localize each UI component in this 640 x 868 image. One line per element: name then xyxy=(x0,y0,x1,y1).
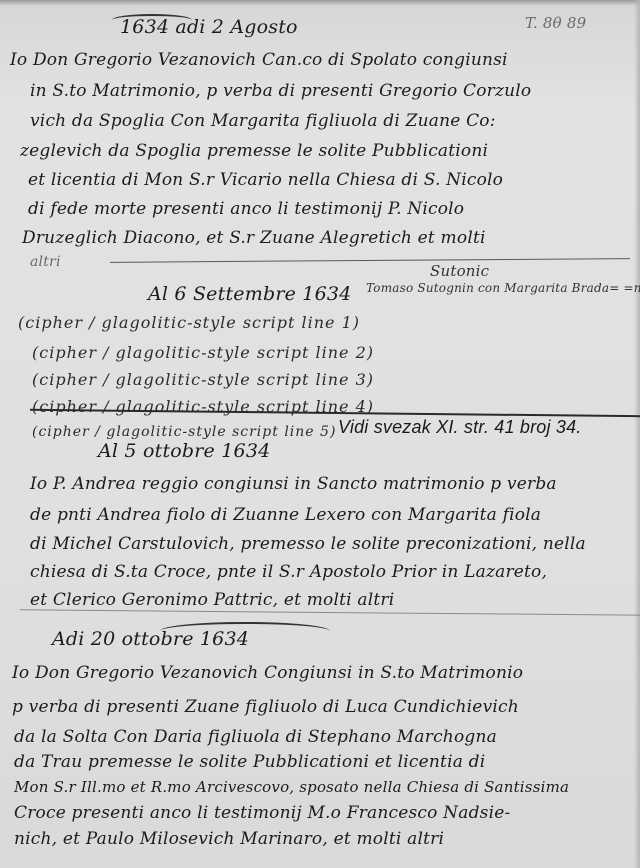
entry-1-line-6: di fede morte presenti anco li testimoni… xyxy=(28,199,464,219)
entry-1-date: 1634 adi 2 Agosto xyxy=(120,16,298,38)
entry-3-line-1: Io P. Andrea reggio congiunsi in Sancto … xyxy=(30,474,557,494)
archival-annotation: Vidi svezak XI. str. 41 broj 34. xyxy=(338,417,582,438)
entry-4-line-4: da Trau premesse le solite Pubblicationi… xyxy=(14,752,485,772)
entry-4-line-1: Io Don Gregorio Vezanovich Congiunsi in … xyxy=(12,663,523,683)
entry-4-line-2: p verba di presenti Zuane figliuolo di L… xyxy=(12,697,519,717)
manuscript-page: T. 8θ 89 1634 adi 2 Agosto Io Don Gregor… xyxy=(0,0,640,868)
margin-note: Tomaso Sutognin con Margarita Brada= =no… xyxy=(366,281,640,295)
entry-4-line-6: Croce presenti anco li testimonij M.o Fr… xyxy=(14,803,510,823)
margin-surname: Sutonic xyxy=(430,262,489,280)
entry-1-line-7: Druzeglich Diacono, et S.r Zuane Alegret… xyxy=(22,228,486,248)
entry-1-line-4: zeglevich da Spoglia premesse le solite … xyxy=(20,141,488,161)
entry-separator xyxy=(110,258,630,263)
entry-1-line-8: altri xyxy=(30,254,61,270)
entry-separator xyxy=(20,609,640,615)
entry-4-line-5: Mon S.r Ill.mo et R.mo Arcivescovo, spos… xyxy=(14,778,569,796)
entry-4-line-3: da la Solta Con Daria figliuola di Steph… xyxy=(14,727,497,747)
entry-2-line-2: (cipher / glagolitic-style script line 2… xyxy=(32,343,374,362)
entry-1-line-2: in S.to Matrimonio, p verba di presenti … xyxy=(30,81,531,101)
page-right-edge xyxy=(634,0,640,868)
entry-3-line-5: et Clerico Geronimo Pattric, et molti al… xyxy=(30,590,394,610)
page-top-edge xyxy=(0,0,640,6)
entry-3-line-2: de pnti Andrea fiolo di Zuanne Lexero co… xyxy=(30,505,541,525)
entry-2-date: Al 6 Settembre 1634 xyxy=(148,283,351,305)
entry-4-line-7: nich, et Paulo Milosevich Marinaro, et m… xyxy=(14,829,444,849)
entry-2-line-5: (cipher / glagolitic-style script line 5… xyxy=(32,424,336,440)
entry-1-line-3: vich da Spoglia Con Margarita figliuola … xyxy=(30,111,496,131)
entry-3-date: Al 5 ottobre 1634 xyxy=(98,440,270,462)
entry-2-line-1: (cipher / glagolitic-style script line 1… xyxy=(18,313,360,332)
entry-3-line-3: di Michel Carstulovich, premesso le soli… xyxy=(30,534,586,554)
page-number: T. 8θ 89 xyxy=(525,14,586,32)
entry-2-line-3: (cipher / glagolitic-style script line 3… xyxy=(32,370,374,389)
entry-4-date: Adi 20 ottobre 1634 xyxy=(52,628,249,650)
entry-1-line-1: Io Don Gregorio Vezanovich Can.co di Spo… xyxy=(10,50,508,70)
entry-1-line-5: et licentia di Mon S.r Vicario nella Chi… xyxy=(28,170,503,190)
entry-3-line-4: chiesa di S.ta Croce, pnte il S.r Aposto… xyxy=(30,562,547,582)
